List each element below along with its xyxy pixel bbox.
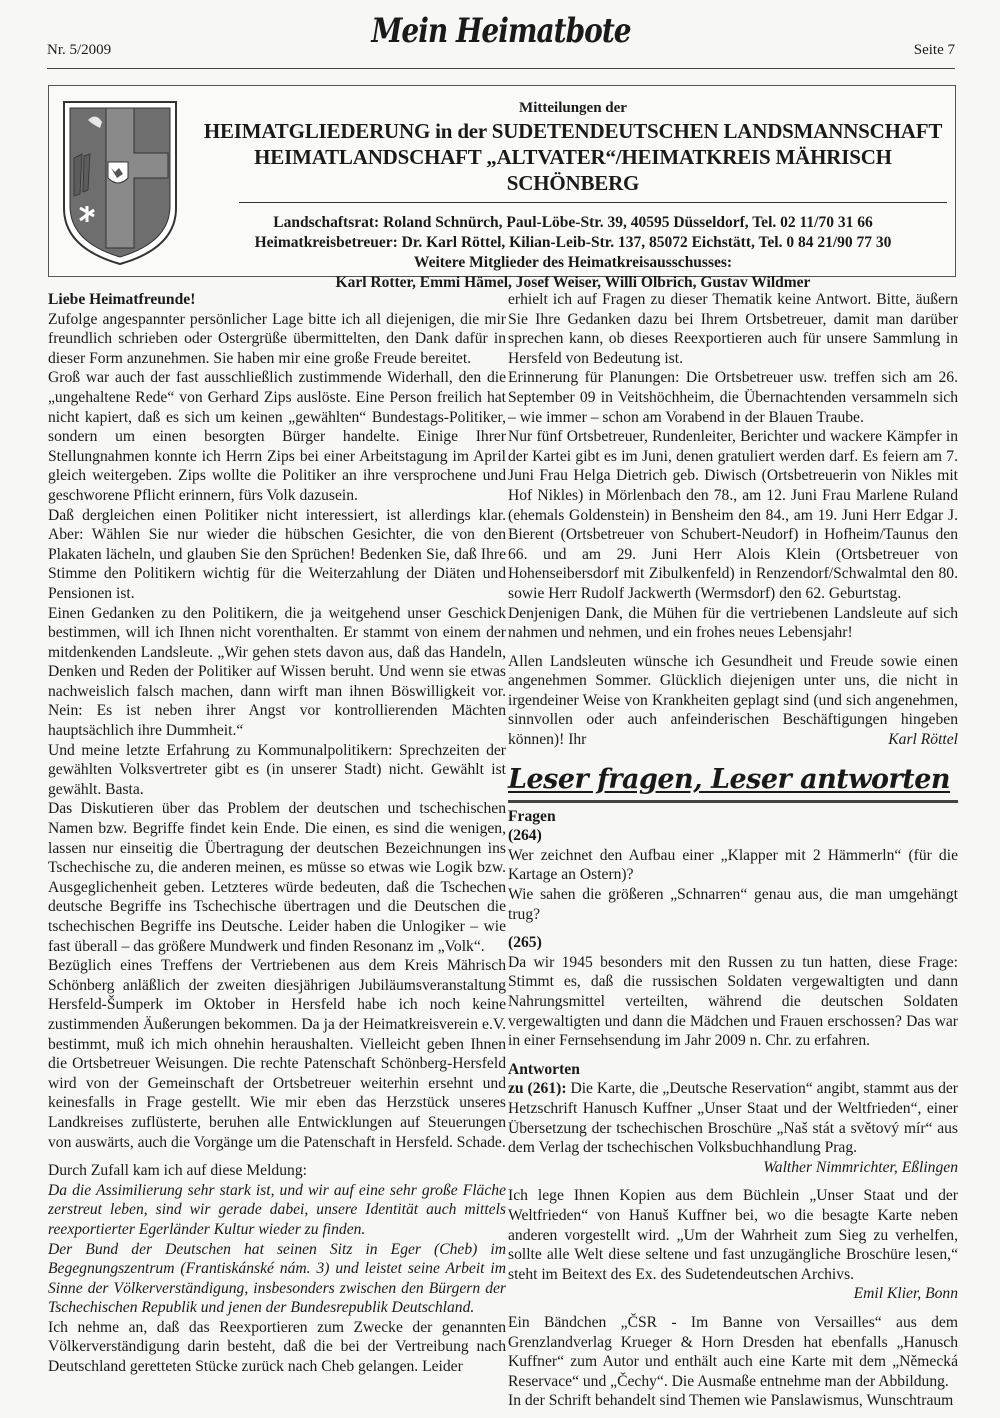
- page-header: Nr. 5/2009 Mein Heimatbote Seite 7: [47, 0, 955, 69]
- question-number: (264): [508, 826, 958, 846]
- question-text: Da wir 1945 besonders mit den Russen zu …: [508, 953, 958, 1051]
- quote-paragraph: Der Bund der Deutschen hat seinen Sitz i…: [48, 1240, 506, 1318]
- answer-text: In der Schrift behandelt sind Themen wie…: [508, 1391, 958, 1411]
- answer-text: Ein Bändchen „ČSR - Im Banne von Versail…: [508, 1313, 958, 1391]
- quote-paragraph: Da die Assimilierung sehr stark ist, und…: [48, 1181, 506, 1240]
- paragraph: Groß war auch der fast ausschließlich zu…: [48, 368, 506, 505]
- paragraph: Durch Zufall kam ich auf diese Meldung:: [48, 1161, 506, 1181]
- question-number: (265): [508, 933, 958, 953]
- fragen-heading: Fragen: [508, 807, 958, 827]
- paragraph: Denjenigen Dank, die Mühen für die vertr…: [508, 604, 958, 643]
- paragraph: Bezüglich eines Treffens der Vertriebene…: [48, 956, 506, 1152]
- question-text: Wer zeichnet den Aufbau einer „Klapper m…: [508, 846, 958, 885]
- coat-of-arms-icon: [60, 98, 180, 268]
- section-title: Leser fragen, Leser antworten: [508, 760, 958, 803]
- signature: Emil Klier, Bonn: [508, 1284, 958, 1304]
- question-text: Wie sahen die größeren „Schnarren“ genau…: [508, 885, 958, 924]
- box-landschaftsrat: Landschaftsrat: Roland Schnürch, Paul-Lö…: [199, 213, 947, 233]
- box-intro: Mitteilungen der: [199, 98, 947, 118]
- box-members-heading: Weitere Mitglieder des Heimatkreisaussch…: [199, 253, 947, 273]
- right-column: erhielt ich auf Fragen zu dieser Themati…: [508, 290, 958, 1411]
- box-org-subtitle: HEIMATLANDSCHAFT „ALTVATER“/HEIMATKREIS …: [199, 144, 947, 196]
- paragraph: Einen Gedanken zu den Politikern, die ja…: [48, 604, 506, 741]
- answer-body: Die Karte, die „Deutsche Reservation“ an…: [508, 1080, 958, 1156]
- signature: Walther Nimmrichter, Eßlingen: [508, 1158, 958, 1178]
- paragraph: Nur fünf Ortsbetreuer, Rundenleiter, Ber…: [508, 427, 958, 603]
- answer-text: zu (261): Die Karte, die „Deutsche Reser…: [508, 1079, 958, 1157]
- paragraph: Erinnerung für Planungen: Die Ortsbetreu…: [508, 368, 958, 427]
- answer-label: zu (261):: [508, 1080, 567, 1097]
- paragraph: erhielt ich auf Fragen zu dieser Themati…: [508, 290, 958, 368]
- info-box-text: Mitteilungen der HEIMATGLIEDERUNG in der…: [199, 98, 947, 293]
- left-column: Liebe Heimatfreunde! Zufolge angespannte…: [48, 290, 506, 1377]
- page-number: Seite 7: [914, 42, 955, 59]
- box-org-title: HEIMATGLIEDERUNG in der SUDETENDEUTSCHEN…: [199, 118, 947, 144]
- answer-text: Ich lege Ihnen Kopien aus dem Büchlein „…: [508, 1186, 958, 1284]
- paragraph: Das Diskutieren über das Problem der deu…: [48, 799, 506, 956]
- salutation: Liebe Heimatfreunde!: [48, 290, 506, 310]
- paragraph: Und meine letzte Erfahrung zu Kommunalpo…: [48, 741, 506, 800]
- box-divider: [239, 202, 947, 203]
- box-heimatkreisbetreuer: Heimatkreisbetreuer: Dr. Karl Röttel, Ki…: [199, 233, 947, 253]
- info-box: Mitteilungen der HEIMATGLIEDERUNG in der…: [48, 85, 956, 277]
- paragraph: Daß dergleichen einen Politiker nicht in…: [48, 506, 506, 604]
- masthead-logo: Mein Heimatbote: [371, 11, 630, 51]
- paragraph: Ich nehme an, daß das Reexportieren zum …: [48, 1318, 506, 1377]
- issue-number: Nr. 5/2009: [47, 42, 111, 59]
- paragraph: Zufolge angespannter persönlicher Lage b…: [48, 310, 506, 369]
- antworten-heading: Antworten: [508, 1060, 958, 1080]
